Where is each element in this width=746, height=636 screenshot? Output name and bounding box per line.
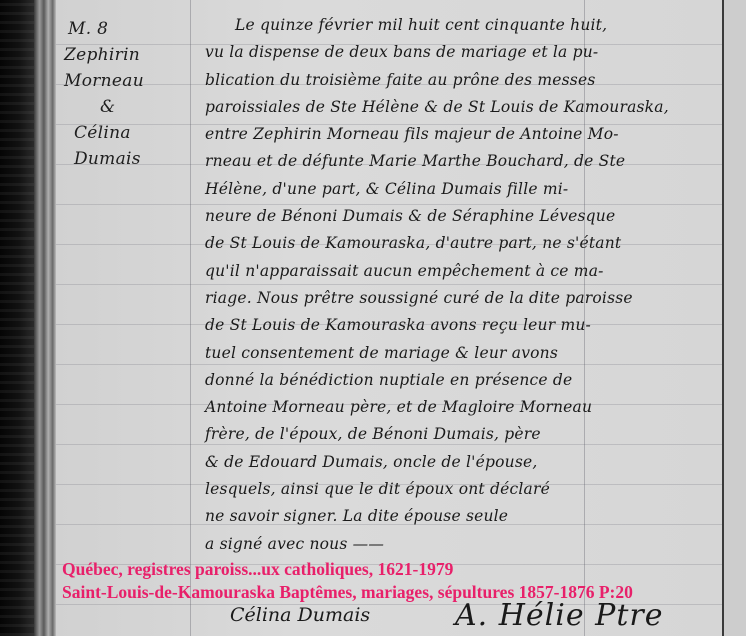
entry-line: qu'il n'apparaissait aucun empêchement à… [205,258,725,285]
entry-line: donné la bénédiction nuptiale en présenc… [205,367,725,394]
ampersand: & [64,94,184,120]
next-page-strip [724,0,746,636]
entry-line: frère, de l'époux, de Bénoni Dumais, pèr… [205,421,725,448]
entry-line: a signé avec nous —— [205,531,725,558]
page-edge [34,0,56,636]
entry-line: de St Louis de Kamouraska, d'autre part,… [205,230,725,257]
entry-line: Le quinze février mil huit cent cinquant… [205,12,725,39]
entry-line: Antoine Morneau père, et de Magloire Mor… [205,394,725,421]
entry-line: de St Louis de Kamouraska avons reçu leu… [205,312,725,339]
caption-register: Saint-Louis-de-Kamouraska Baptêmes, mari… [62,581,633,604]
entry-line: blication du troisième faite au prône de… [205,67,725,94]
groom-first-name: Zephirin [64,42,184,68]
entry-line: paroissiales de Ste Hélène & de St Louis… [205,94,725,121]
entry-line: ne savoir signer. La dite épouse seule [205,503,725,530]
entry-line: riage. Nous prêtre soussigné curé de la … [205,285,725,312]
source-caption: Québec, registres paroiss...ux catholiqu… [62,558,633,604]
entry-line: tuel consentement de mariage & leur avon… [205,340,725,367]
groom-last-name: Morneau [64,68,184,94]
entry-line: lesquels, ainsi que le dit époux ont déc… [205,476,725,503]
bride-last-name: Dumais [64,146,184,172]
entry-line: neure de Bénoni Dumais & de Séraphine Lé… [205,203,725,230]
signatures-row: Célina Dumais A. Hélie Ptre [230,600,710,634]
bride-first-name: Célina [64,120,184,146]
book-spine [0,0,34,636]
margin-rule [190,0,191,636]
caption-collection: Québec, registres paroiss...ux catholiqu… [62,558,633,581]
margin-notes: M. 8 Zephirin Morneau & Célina Dumais [64,16,184,172]
register-page: M. 8 Zephirin Morneau & Célina Dumais Le… [0,0,746,636]
entry-line: rneau et de défunte Marie Marthe Bouchar… [205,148,725,175]
entry-line: & de Edouard Dumais, oncle de l'épouse, [205,449,725,476]
entry-line: entre Zephirin Morneau fils majeur de An… [205,121,725,148]
marriage-entry-text: Le quinze février mil huit cent cinquant… [205,12,725,558]
entry-line: Hélène, d'une part, & Célina Dumais fill… [205,176,725,203]
entry-line: vu la dispense de deux bans de mariage e… [205,39,725,66]
entry-number: M. 8 [64,16,184,42]
bride-signature: Célina Dumais [230,604,370,626]
